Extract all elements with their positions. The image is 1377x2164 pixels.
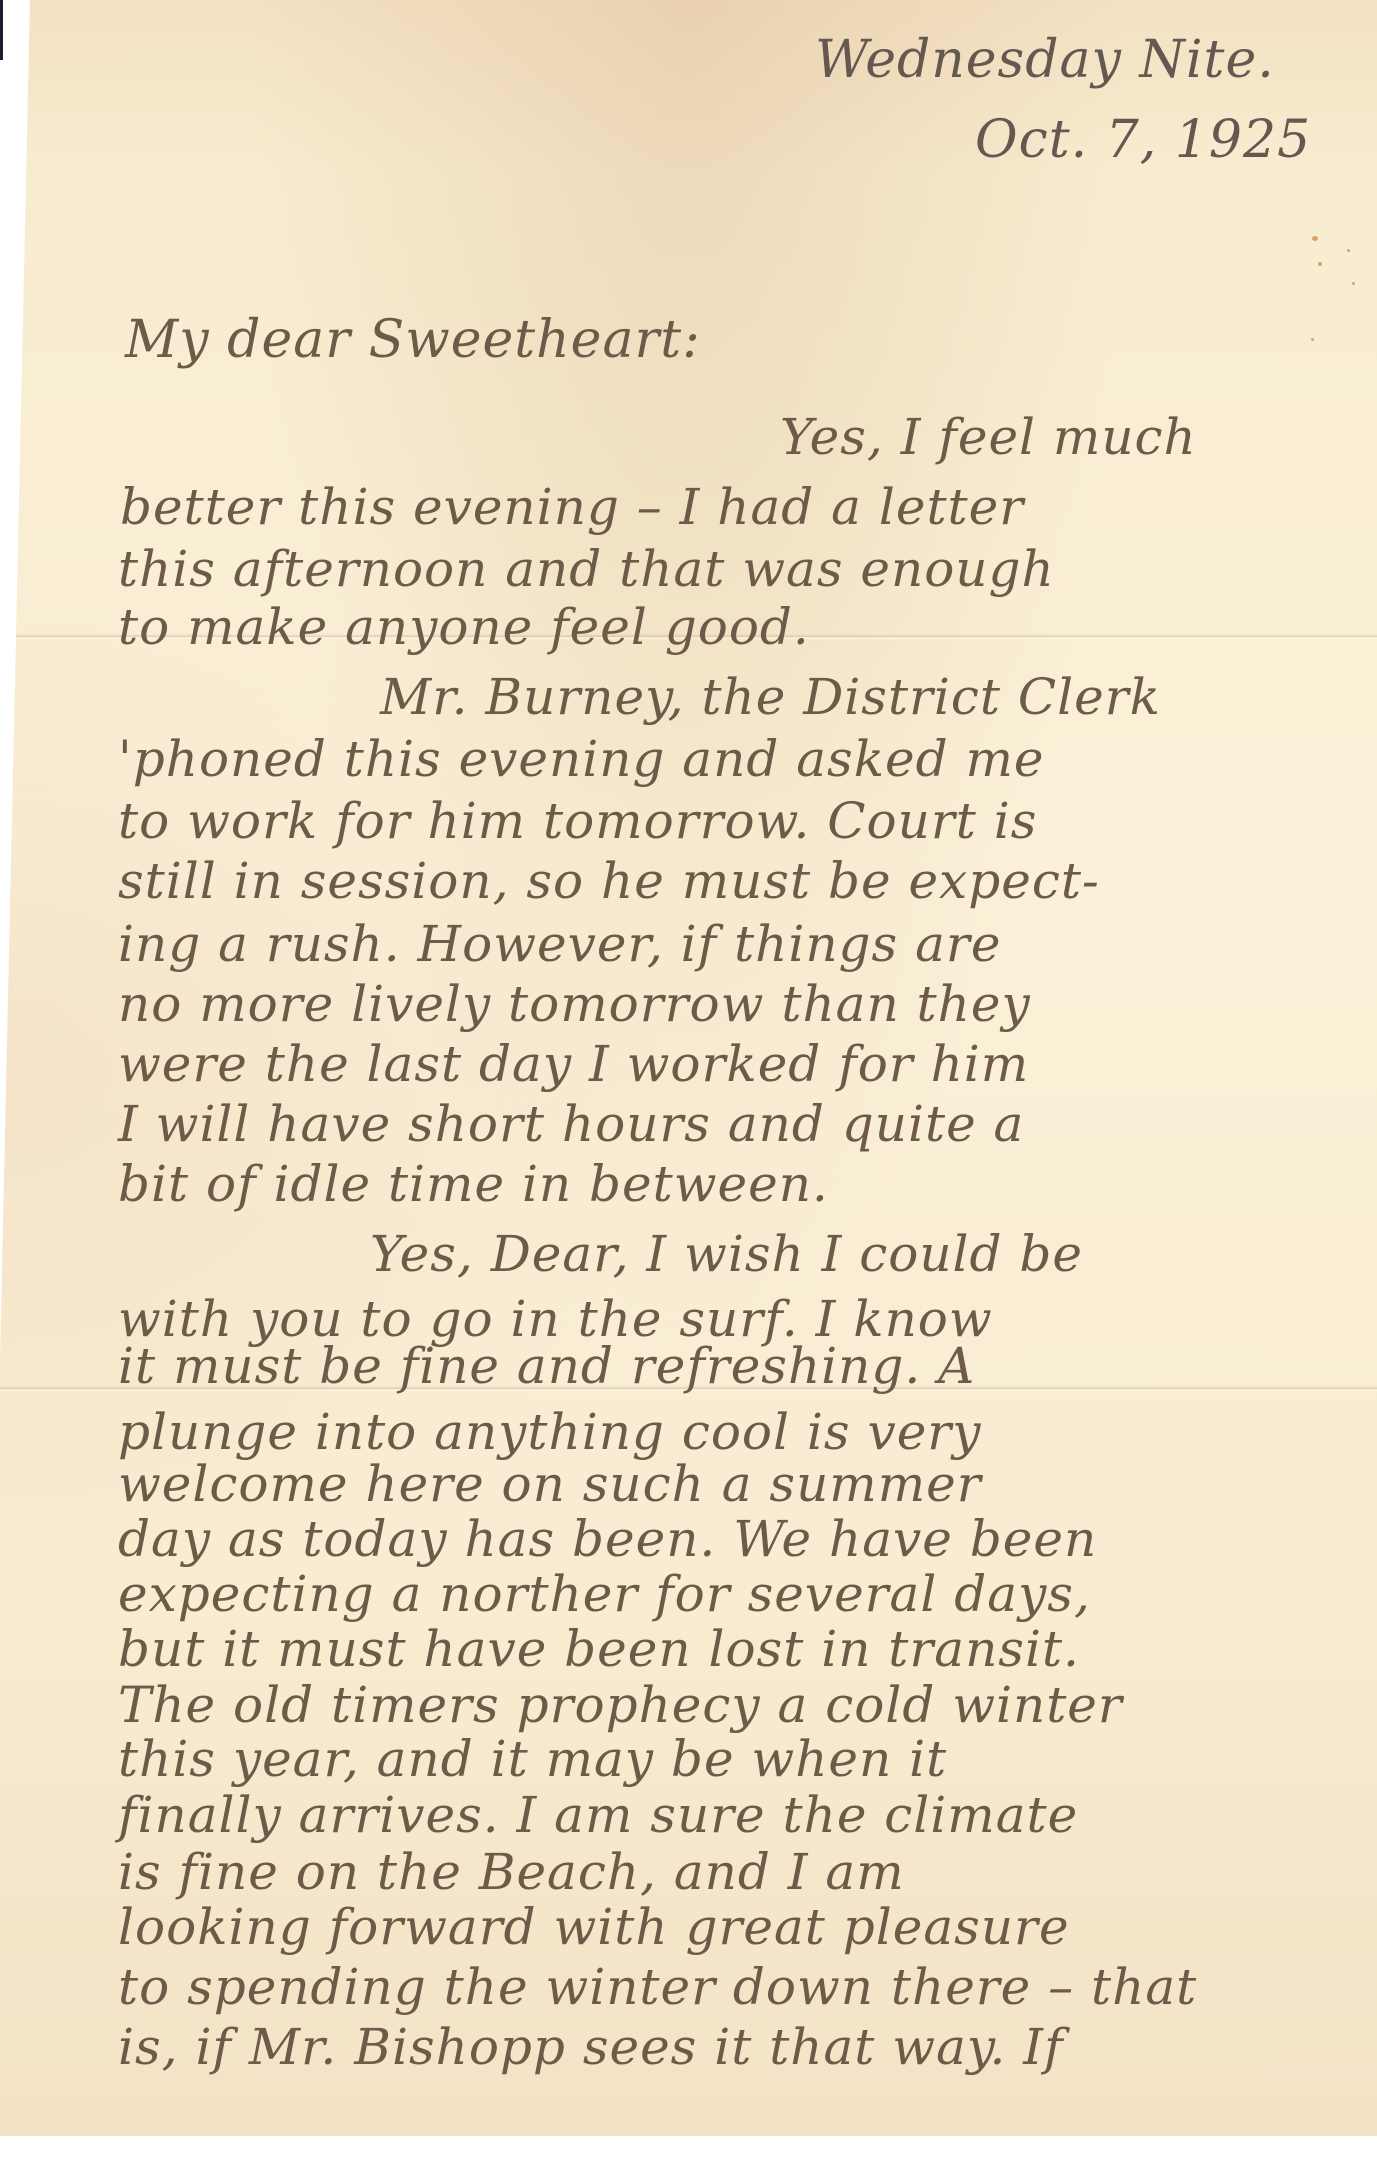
ink-speck: [1311, 338, 1314, 341]
ink-speck: [1347, 249, 1350, 252]
letter-line: it must be fine and refreshing. A: [118, 1337, 975, 1395]
letter-line: plunge into anything cool is very: [118, 1403, 981, 1461]
letter-line: expecting a norther for several days,: [118, 1565, 1091, 1623]
letter-line: finally arrives. I am sure the climate: [118, 1786, 1078, 1844]
letter-line: day as today has been. We have been: [118, 1510, 1097, 1568]
letter-day: Wednesday Nite.: [815, 30, 1275, 90]
letter-line: to make anyone feel good.: [118, 598, 810, 656]
letter-line: to spending the winter down there – that: [118, 1958, 1197, 2016]
letter-line: but it must have been lost in transit.: [118, 1620, 1080, 1678]
letter-line: Yes, I feel much: [780, 408, 1197, 466]
letter-line: 'phoned this evening and asked me: [118, 730, 1044, 788]
letter-line: is fine on the Beach, and I am: [118, 1843, 905, 1901]
scan-edge: [0, 0, 3, 60]
ink-speck: [1318, 262, 1322, 266]
letter-line: to work for him tomorrow. Court is: [118, 792, 1037, 850]
letter-page: Wednesday Nite. Oct. 7, 1925 My dear Swe…: [0, 0, 1377, 2136]
letter-line: were the last day I worked for him: [118, 1035, 1029, 1093]
letter-greeting: My dear Sweetheart:: [125, 310, 701, 370]
ink-speck: [1352, 282, 1355, 285]
letter-line: Mr. Burney, the District Clerk: [380, 668, 1161, 726]
letter-line: this afternoon and that was enough: [118, 540, 1055, 598]
letter-line: no more lively tomorrow than they: [118, 975, 1031, 1033]
ink-speck: [1312, 236, 1318, 241]
letter-line: Yes, Dear, I wish I could be: [370, 1225, 1083, 1283]
letter-line: ing a rush. However, if things are: [118, 915, 1001, 973]
letter-line: still in session, so he must be expect-: [118, 852, 1100, 910]
letter-line: welcome here on such a summer: [118, 1455, 982, 1513]
letter-line: this year, and it may be when it: [118, 1730, 947, 1788]
letter-line: bit of idle time in between.: [118, 1155, 829, 1213]
letter-line: looking forward with great pleasure: [118, 1898, 1070, 1956]
letter-line: I will have short hours and quite a: [118, 1095, 1024, 1153]
letter-line: is, if Mr. Bishopp sees it that way. If: [118, 2018, 1064, 2076]
letter-line: The old timers prophecy a cold winter: [118, 1676, 1123, 1734]
letter-date: Oct. 7, 1925: [975, 110, 1311, 170]
letter-line: better this evening – I had a letter: [120, 478, 1024, 536]
